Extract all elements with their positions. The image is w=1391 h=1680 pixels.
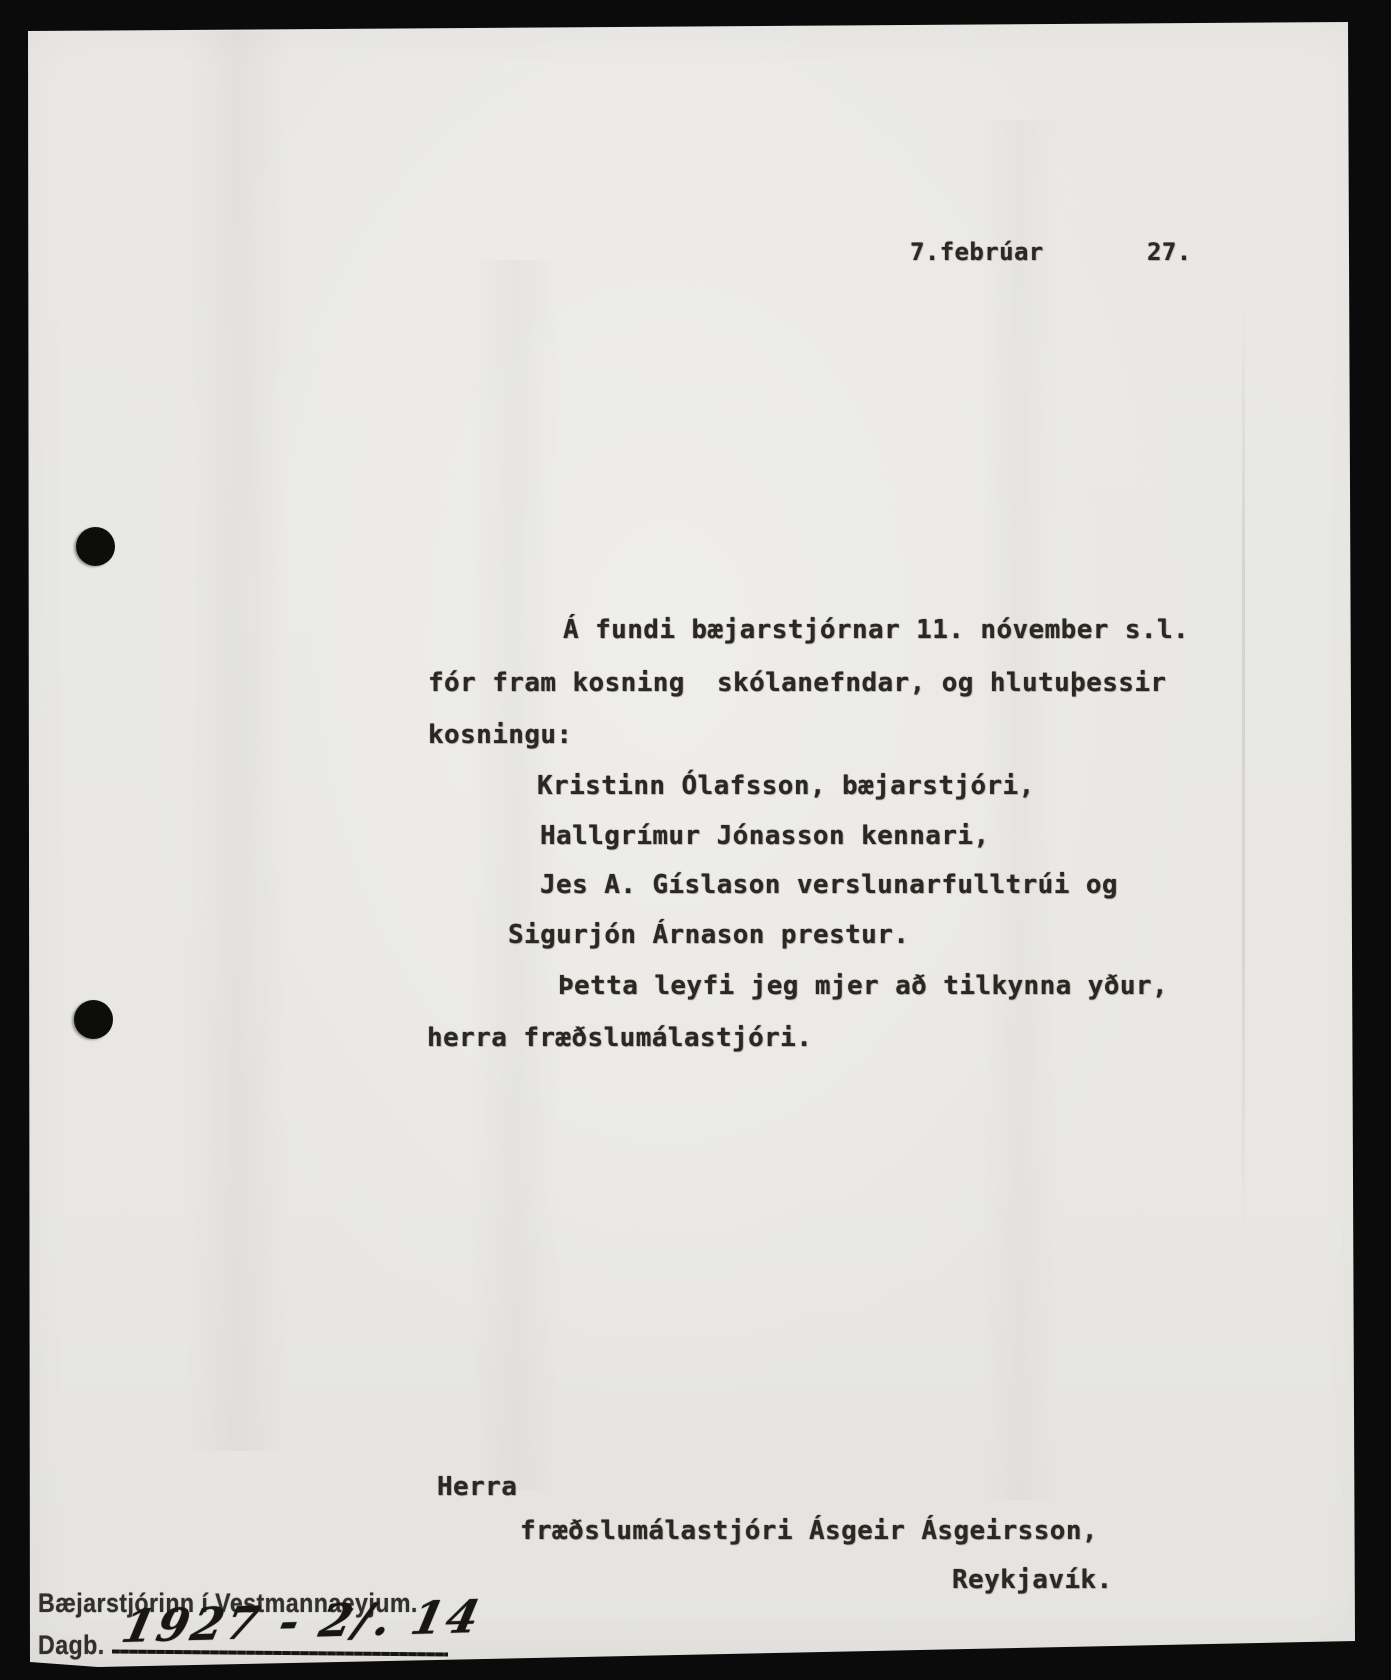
scan-streak bbox=[185, 31, 335, 1451]
body-line-committee-member: Hallgrímur Jónasson kennari, bbox=[540, 823, 990, 849]
journal-entry-handwritten: 1927 - 2/. 14 bbox=[118, 1594, 486, 1649]
address-recipient: fræðslumálastjóri Ásgeir Ásgeirsson, bbox=[520, 1518, 1098, 1544]
body-line: Þetta leyfi jeg mjer að tilkynna yður, bbox=[558, 973, 1168, 999]
body-line-committee-member: Kristinn Ólafsson, bæjarstjóri, bbox=[537, 773, 1035, 799]
body-line: fór fram kosning skólanefndar, og hlutuþ… bbox=[428, 670, 1166, 696]
punch-hole-top bbox=[76, 527, 115, 566]
stamp-journal-label: Dagb. bbox=[38, 1632, 105, 1659]
body-line: Á fundi bæjarstjórnar 11. nóvember s.l. bbox=[563, 617, 1189, 643]
address-salutation: Herra bbox=[437, 1474, 517, 1500]
letter-date: 7.febrúar bbox=[910, 240, 1044, 264]
body-line-committee-member: Jes A. Gíslason verslunarfulltrúi og bbox=[540, 872, 1118, 898]
paper-crease bbox=[1242, 300, 1245, 1250]
letter-paper: 7.febrúar 27. Á fundi bæjarstjórnar 11. … bbox=[0, 0, 1391, 1680]
body-line: kosningu: bbox=[428, 722, 572, 748]
letter-year: 27. bbox=[1147, 240, 1192, 264]
body-line: herra fræðslumálastjóri. bbox=[427, 1025, 812, 1051]
punch-hole-bottom bbox=[74, 1000, 113, 1039]
scanned-letter: 7.febrúar 27. Á fundi bæjarstjórnar 11. … bbox=[0, 0, 1391, 1680]
body-line-committee-member: Sigurjón Árnason prestur. bbox=[508, 922, 909, 948]
address-city: Reykjavík. bbox=[952, 1567, 1113, 1593]
scan-streak bbox=[980, 120, 1060, 1500]
